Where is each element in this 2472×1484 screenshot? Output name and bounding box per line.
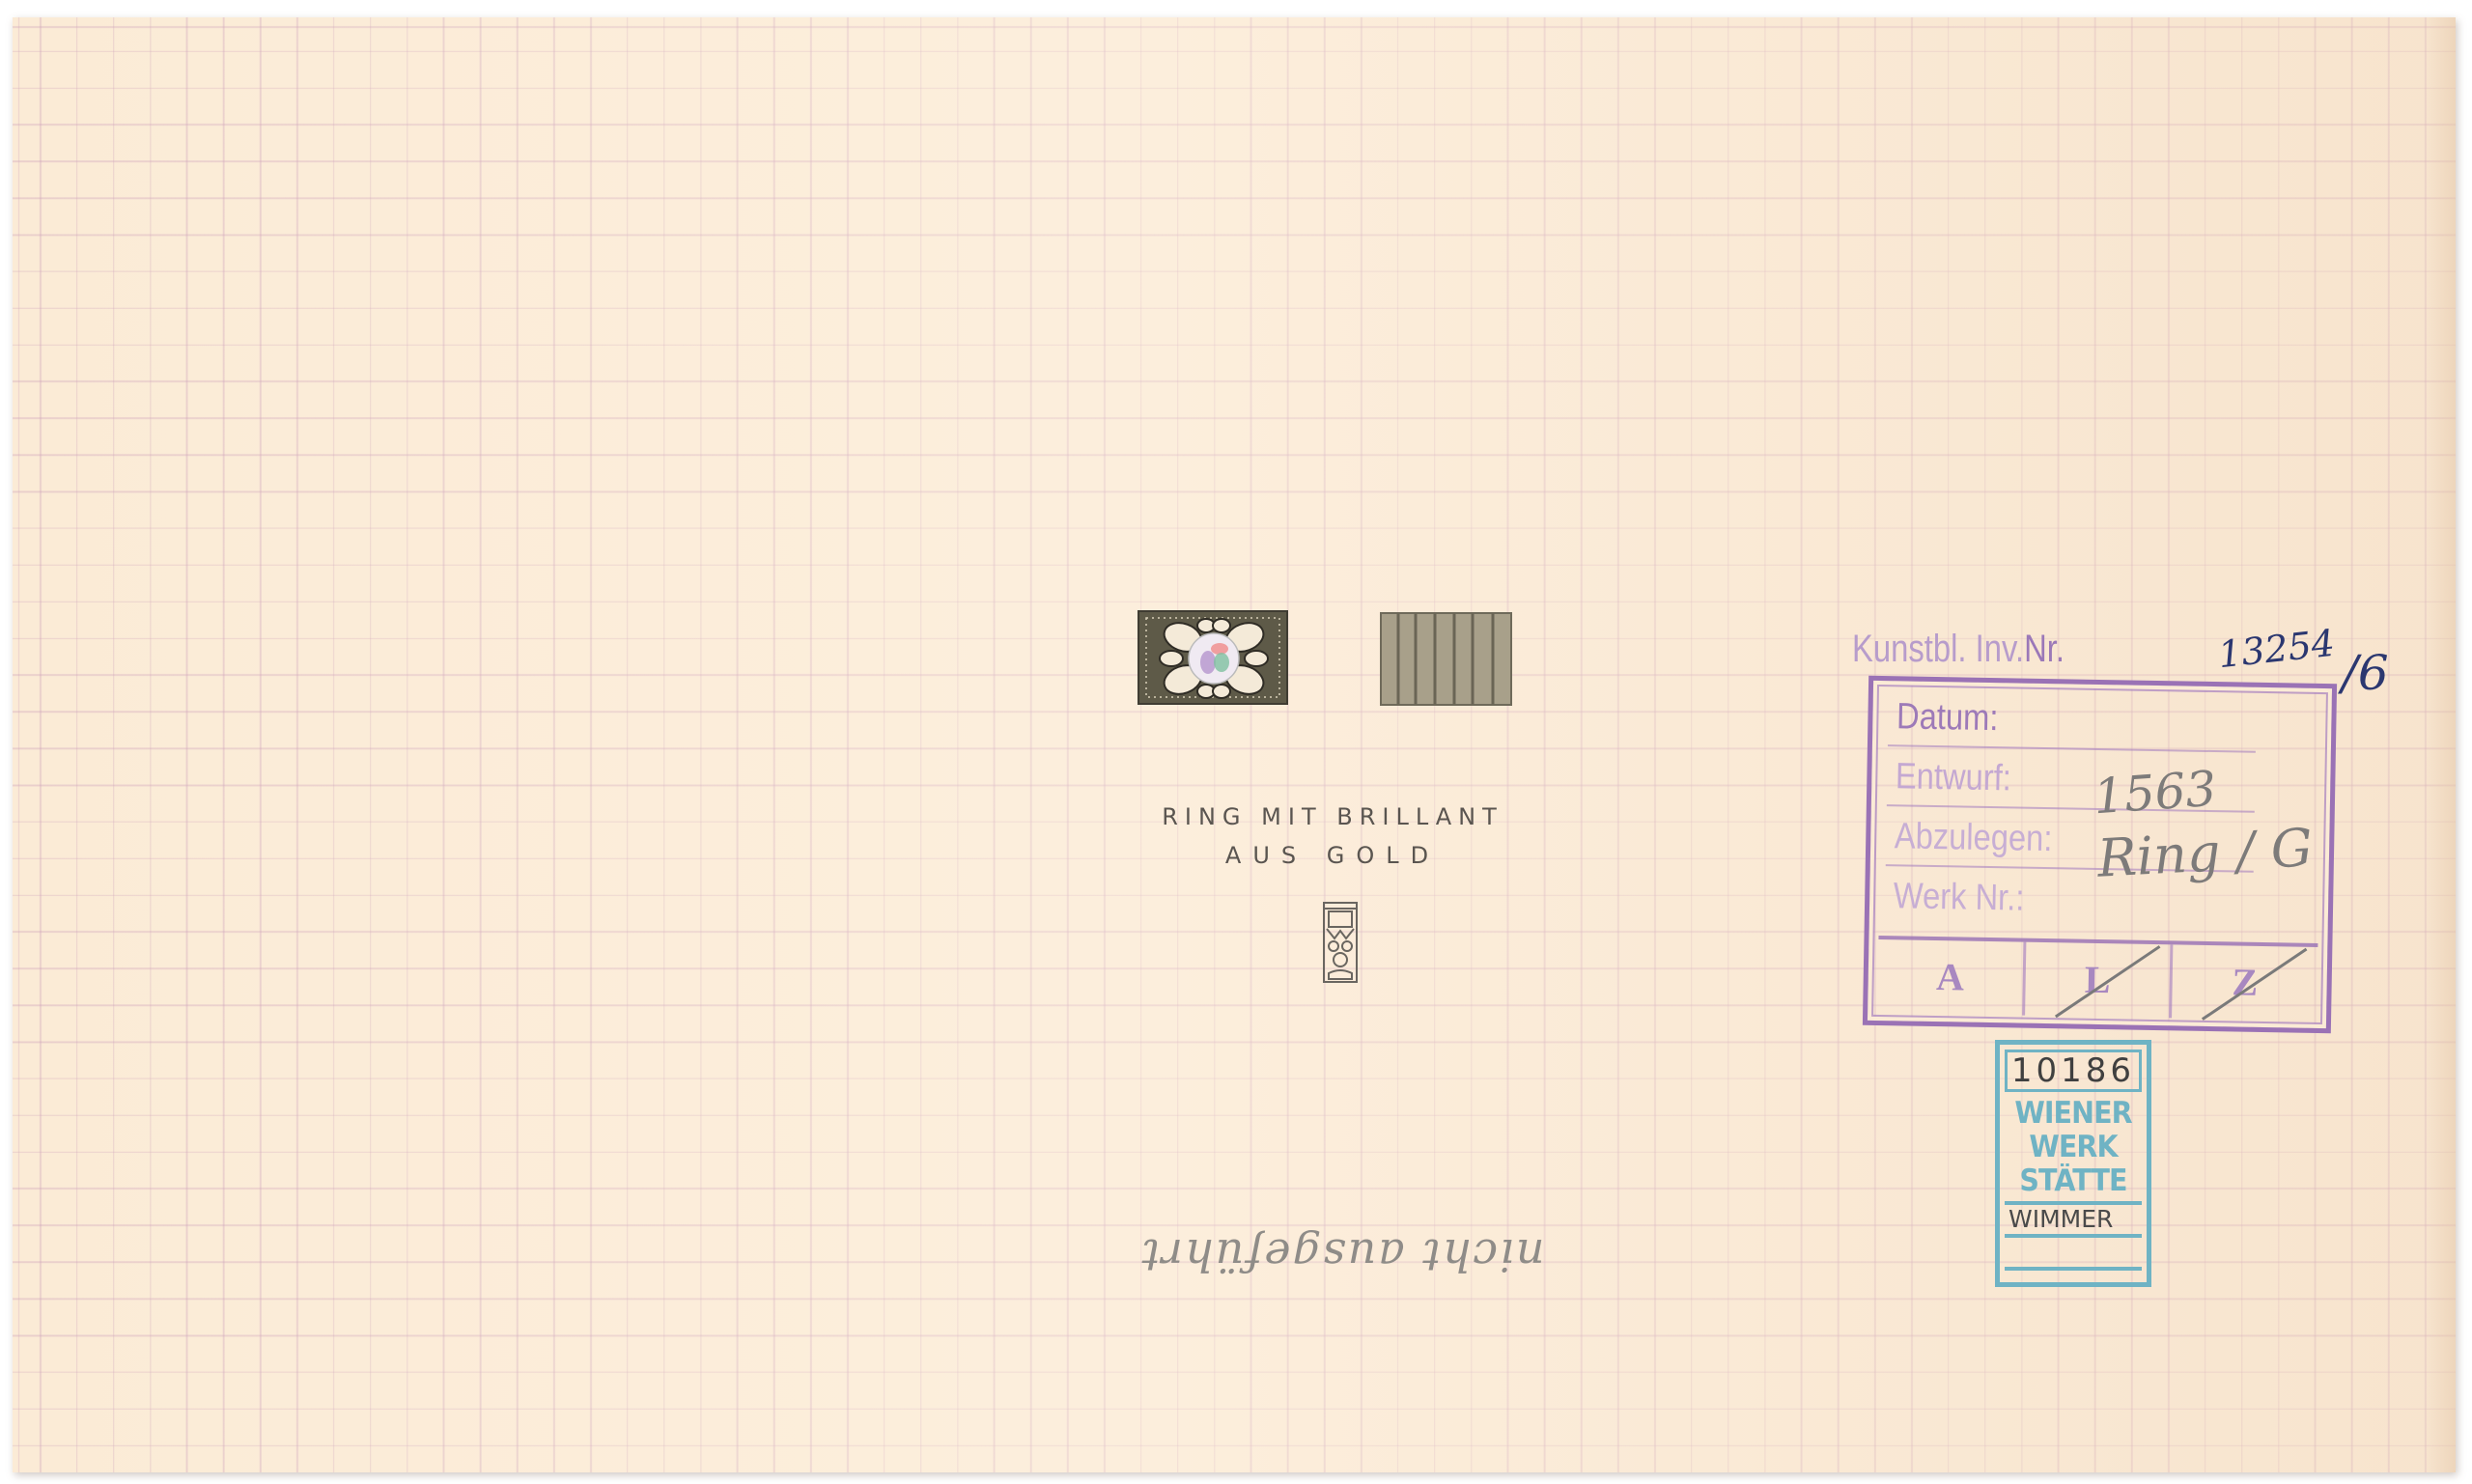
- ww-brand-line-2: WERK: [2011, 1131, 2136, 1164]
- inventory-label-nr: Nr.: [2024, 628, 2065, 670]
- ww-stamp-maker: WIMMER: [2005, 1201, 2142, 1238]
- ww-stamp-blank-field: [2005, 1238, 2142, 1271]
- ring-front-view-sketch: [1137, 608, 1289, 707]
- inventory-fraction: /6: [2342, 645, 2389, 701]
- stamp-cell-z: Z: [2172, 944, 2317, 1021]
- ww-brand-line-3: STÄTTE: [2011, 1164, 2136, 1198]
- inventory-label: Kunstbl. Inv.Nr.: [1852, 628, 2065, 671]
- inventory-label-prefix: Kunstbl. Inv.: [1852, 628, 2024, 670]
- ww-stamp-number: 10186: [2005, 1050, 2142, 1092]
- stamp-cells: A L Z: [1877, 936, 2317, 1021]
- wiener-werkstaette-stamp: 10186 WIENER WERK STÄTTE WIMMER: [1995, 1040, 2151, 1287]
- stamp-cell-l: L: [2025, 942, 2174, 1019]
- upside-down-handwritten-note: nicht ausgeführt: [1057, 1228, 1627, 1282]
- handwritten-abzulegen-value: Ring / G: [2096, 817, 2315, 889]
- caption-line-1: RING MIT BRILLANT: [1120, 803, 1545, 830]
- stamp-row-datum: Datum:: [1888, 688, 2257, 753]
- ring-side-view-sketch: [1379, 610, 1513, 707]
- stamp-cell-a: A: [1877, 939, 2026, 1016]
- ww-brand-line-1: WIENER: [2011, 1097, 2136, 1131]
- handwritten-entwurf-value: 1563: [2092, 761, 2218, 826]
- caption-line-2: AUS GOLD: [1120, 842, 1545, 869]
- ww-stamp-brand: WIENER WERK STÄTTE: [2006, 1097, 2141, 1198]
- ring-detail-sketch: [1321, 900, 1360, 985]
